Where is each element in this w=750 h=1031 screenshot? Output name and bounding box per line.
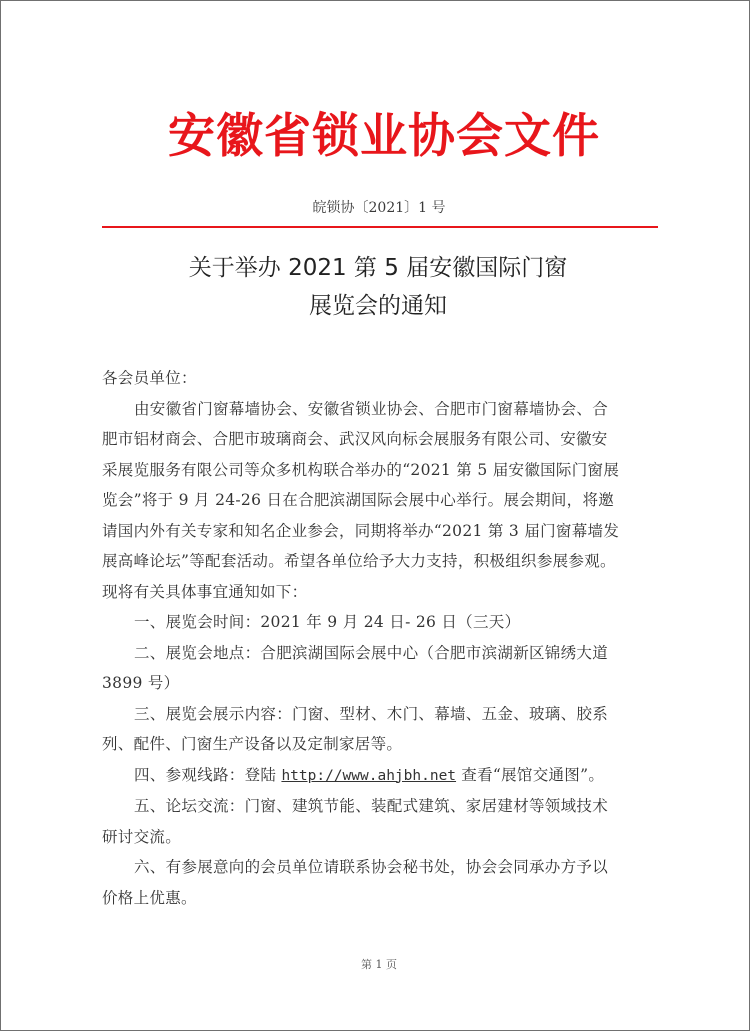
red-divider-line bbox=[102, 226, 658, 228]
item-line: 研讨交流。 bbox=[102, 822, 672, 853]
notice-title-line-2: 展览会的通知 bbox=[7, 287, 749, 325]
intro-line: 现将有关具体事宜通知如下： bbox=[102, 577, 672, 608]
item-line: 二、展览会地点：合肥滨湖国际会展中心（合肥市滨湖新区锦绣大道 bbox=[102, 638, 672, 669]
item-forum: 五、论坛交流：门窗、建筑节能、装配式建筑、家居建材等领域技术 研讨交流。 bbox=[102, 791, 672, 852]
item-exhibition-time: 一、展览会时间：2021 年 9 月 24 日- 26 日（三天） bbox=[102, 607, 672, 638]
intro-line: 览会”将于 9 月 24-26 日在合肥滨湖国际会展中心举行。展会期间，将邀 bbox=[102, 485, 672, 516]
document-page: 安徽省锁业协会文件 皖锁协〔2021〕1 号 关于举办 2021 第 5 届安徽… bbox=[0, 0, 750, 1031]
intro-paragraph: 由安徽省门窗幕墙协会、安徽省锁业协会、合肥市门窗幕墙协会、合 肥市铝材商会、合肥… bbox=[102, 394, 672, 608]
website-link[interactable]: http://www.ahjbh.net bbox=[281, 768, 456, 784]
item-discount: 六、有参展意向的会员单位请联系协会秘书处，协会会同承办方予以 价格上优惠。 bbox=[102, 852, 672, 913]
item-line: 五、论坛交流：门窗、建筑节能、装配式建筑、家居建材等领域技术 bbox=[102, 791, 672, 822]
document-number: 皖锁协〔2021〕1 号 bbox=[1, 197, 749, 217]
item-line: 3899 号） bbox=[102, 668, 672, 699]
item-exhibition-content: 三、展览会展示内容：门窗、型材、木门、幕墙、五金、玻璃、胶系 列、配件、门窗生产… bbox=[102, 699, 672, 760]
item-exhibition-venue: 二、展览会地点：合肥滨湖国际会展中心（合肥市滨湖新区锦绣大道 3899 号） bbox=[102, 638, 672, 699]
intro-line: 请国内外有关专家和知名企业参会，同期将举办“2021 第 3 届门窗幕墙发 bbox=[102, 516, 672, 547]
item-visit-route: 四、参观线路：登陆 http://www.ahjbh.net 查看“展馆交通图”… bbox=[102, 760, 672, 792]
intro-line: 由安徽省门窗幕墙协会、安徽省锁业协会、合肥市门窗幕墙协会、合 bbox=[102, 394, 672, 425]
masthead-title: 安徽省锁业协会文件 bbox=[1, 107, 749, 167]
item-line: 四、参观线路：登陆 http://www.ahjbh.net 查看“展馆交通图”… bbox=[102, 760, 672, 792]
intro-line: 展高峰论坛”等配套活动。希望各单位给予大力支持，积极组织参展参观。 bbox=[102, 546, 672, 577]
visit-route-suffix: 查看“展馆交通图”。 bbox=[456, 766, 604, 784]
visit-route-prefix: 四、参观线路：登陆 bbox=[134, 766, 281, 784]
item-line: 三、展览会展示内容：门窗、型材、木门、幕墙、五金、玻璃、胶系 bbox=[102, 699, 672, 730]
item-line: 一、展览会时间：2021 年 9 月 24 日- 26 日（三天） bbox=[102, 607, 672, 638]
salutation: 各会员单位： bbox=[102, 363, 672, 394]
page-number: 第 1 页 bbox=[1, 956, 749, 972]
item-line: 列、配件、门窗生产设备以及定制家居等。 bbox=[102, 729, 672, 760]
notice-body: 各会员单位： 由安徽省门窗幕墙协会、安徽省锁业协会、合肥市门窗幕墙协会、合 肥市… bbox=[102, 363, 672, 913]
item-line: 价格上优惠。 bbox=[102, 883, 672, 914]
intro-line: 肥市铝材商会、合肥市玻璃商会、武汉风向标会展服务有限公司、安徽安 bbox=[102, 424, 672, 455]
item-line: 六、有参展意向的会员单位请联系协会秘书处，协会会同承办方予以 bbox=[102, 852, 672, 883]
notice-title: 关于举办 2021 第 5 届安徽国际门窗 展览会的通知 bbox=[1, 249, 749, 325]
intro-line: 采展览服务有限公司等众多机构联合举办的“2021 第 5 届安徽国际门窗展 bbox=[102, 455, 672, 486]
notice-title-line-1: 关于举办 2021 第 5 届安徽国际门窗 bbox=[7, 249, 749, 287]
